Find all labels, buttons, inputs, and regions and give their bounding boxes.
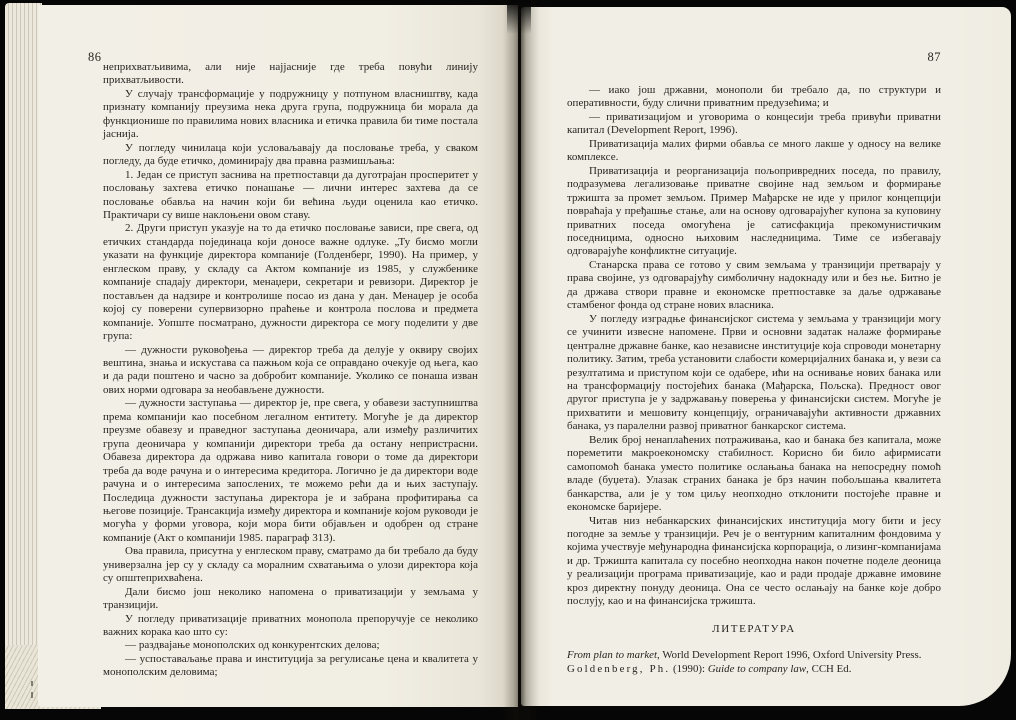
list-item-dash: — приватизацијом и уговорима о концесији… [567, 111, 941, 138]
reference-rest: , CCH Ed. [806, 663, 851, 675]
page-number-left: 86 [88, 50, 102, 65]
paragraph: У погледу изградње финансијског система … [567, 313, 941, 434]
list-item-dash: — раздвајање монополских од конкурентски… [103, 639, 478, 652]
paragraph: У случају трансформације у подружницу у … [103, 88, 478, 142]
reference-rest: , World Development Report 1996, Oxford … [657, 649, 922, 661]
paragraph: Приватизација малих фирми обавља се мног… [567, 138, 941, 165]
book-scan: 86 87 неприхватљивима, али није најјасни… [0, 0, 1016, 720]
literature-heading: ЛИТЕРАТУРА [567, 623, 941, 636]
paragraph: Дали бисмо још неколико напомена о прива… [103, 586, 478, 613]
reference-author: Goldenberg, Ph. [567, 663, 670, 675]
reference-item: Goldenberg, Ph. (1990): Guide to company… [567, 663, 941, 677]
paragraph: неприхватљивима, али није најјасније где… [103, 61, 478, 88]
list-item-dash: — дужности руковођења — директор треба д… [103, 344, 478, 398]
list-item-dash: — иако још државни, монополи би требало … [567, 84, 941, 111]
reference-item: From plan to market, World Development R… [567, 649, 941, 663]
paragraph: 2. Други приступ указује на то да етичко… [103, 222, 478, 343]
page-edge-stack-left [5, 3, 42, 707]
paragraph: У погледу приватизације приватних монопо… [103, 613, 478, 640]
paragraph: Читав низ небанкарских финансијских инст… [567, 515, 941, 609]
right-page-text-column: — иако још државни, монополи би требало … [567, 84, 941, 676]
list-item-dash: — успоставаљање права и институција за р… [103, 653, 478, 680]
page-number-right: 87 [567, 50, 941, 65]
scan-speck [31, 692, 33, 698]
paragraph: У погледу чинилаца који условаљавају да … [103, 142, 478, 169]
paragraph: 1. Један се приступ заснива на претпоста… [103, 169, 478, 223]
paragraph: Приватизација и реорганизација пољопривр… [567, 165, 941, 259]
reference-title-italic: From plan to market [567, 649, 657, 661]
scan-speck [31, 681, 33, 686]
left-page-text-column: неприхватљивима, али није најјасније где… [103, 61, 478, 680]
list-item-dash: — дужности заступања — директор је, пре … [103, 397, 478, 545]
paragraph: Велик број ненаплаћених потраживања, као… [567, 434, 941, 515]
paragraph: Станарска права се готово у свим земљама… [567, 259, 941, 313]
reference-title-italic: Guide to company law [708, 663, 806, 675]
paragraph: Ова правила, присутна у енглеском праву,… [103, 545, 478, 585]
reference-mid: (1990): [670, 663, 708, 675]
